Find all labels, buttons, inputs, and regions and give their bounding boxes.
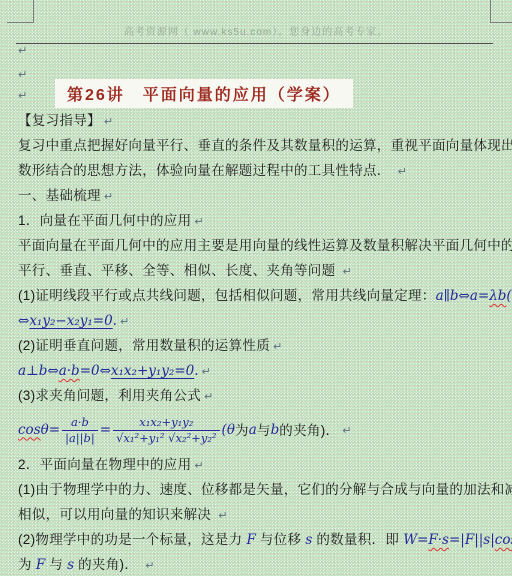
text-segment: (1)由于物理学中的力、速度、位移都是矢量，它们的分解与合成与向量的加法和减法 xyxy=(18,482,512,497)
pilcrow-mark: ↵ xyxy=(273,340,283,353)
review-guide-heading: 【复习指导】↵ xyxy=(18,108,498,133)
text-segment: 数形结合的思想方法，体验向量在解题过程中的工具性特点． xyxy=(18,163,395,178)
text-segment: =|F||s| xyxy=(449,532,495,548)
text-segment: 2．平面向量在物理中的应用 xyxy=(18,457,191,472)
item-2-line2: a⊥b⇔a·b=0⇔x₁x₂+y₁y₂=0.↵ xyxy=(18,358,498,383)
pilcrow-mark: ↵ xyxy=(342,265,352,278)
text-segment: (1)证明线段平行或点共线问题，包括相似问题，常用共线向量定理： xyxy=(18,288,436,303)
pilcrow-mark: ↵ xyxy=(145,559,155,572)
crop-mark-top-right-vertical xyxy=(490,0,491,22)
physics-item-2-line1: (2)物理学中的功是一个标量，这是力 F 与位移 s 的数量积．即 W=F·s=… xyxy=(18,527,498,552)
fraction: x₁x₂+y₁y₂√x₁²+y₁² √x₂²+y₂² xyxy=(113,415,219,446)
fraction: a·b|a||b| xyxy=(62,415,98,446)
text-segment: 与 xyxy=(257,418,271,443)
text-segment: (b≠0) xyxy=(506,288,512,304)
text-segment: 平行、垂直、平移、全等、相似、长度、夹角等问题 xyxy=(18,263,339,278)
text-segment: θ= xyxy=(41,418,60,443)
page-header-text: 高考资源网（ www.ks5u.com）。您身边的高考专家。 xyxy=(0,23,512,38)
section-1-heading: 一、基础梳理↵ xyxy=(18,183,498,208)
pilcrow-mark: ↵ xyxy=(104,190,114,203)
text-segment: a⊥b⇔ xyxy=(18,363,59,379)
text-segment: 的夹角)． xyxy=(279,418,339,443)
fraction-numerator: x₁x₂+y₁y₂ xyxy=(113,415,219,431)
text-segment: 的夹角)． xyxy=(74,557,142,572)
text-segment: x₁x₂+y₁y₂=0 xyxy=(111,363,194,379)
text-segment: 与位移 xyxy=(256,532,306,547)
text-segment: 【复习指导】 xyxy=(18,113,101,128)
item-3-line1: (3)求夹角问题，利用夹角公式↵ xyxy=(18,383,498,408)
topic-1-line2: 平行、垂直、平移、全等、相似、长度、夹角等问题 ↵ xyxy=(18,258,498,283)
pilcrow-mark: ↵ xyxy=(104,115,114,128)
item-3-formula: cos θ=a·b|a||b|=x₁x₂+y₁y₂√x₁²+y₁² √x₂²+y… xyxy=(18,408,498,452)
pilcrow-mark: ↵ xyxy=(194,459,204,472)
text-segment: 的数量积．即 xyxy=(312,532,403,547)
text-segment: W= xyxy=(403,532,428,548)
pilcrow-mark: ↵ xyxy=(218,509,228,522)
text-segment: (θ xyxy=(222,418,235,443)
fraction-numerator: a·b xyxy=(62,415,98,431)
text-segment: x₁y₂−x₂y₁=0 xyxy=(29,313,112,329)
text-segment: a xyxy=(249,418,257,443)
pilcrow-mark: ↵ xyxy=(342,418,352,443)
text-segment: 为 xyxy=(235,418,249,443)
text-segment: λb xyxy=(489,288,506,304)
topic-1-line1: 平面向量在平面几何中的应用主要是用向量的线性运算及数量积解决平面几何中的 xyxy=(18,233,498,258)
header-rule xyxy=(16,43,493,44)
text-segment: (2)物理学中的功是一个标量，这是力 xyxy=(18,532,246,547)
document-page: 高考资源网（ www.ks5u.com）。您身边的高考专家。 ↵↵↵ 第26讲 … xyxy=(0,0,512,576)
pilcrow-mark: ↵ xyxy=(398,165,408,178)
text-segment: 一、基础梳理 xyxy=(18,188,101,203)
review-guide-line2: 数形结合的思想方法，体验向量在解题过程中的工具性特点． ↵ xyxy=(18,158,498,183)
text-segment: a∥b⇔a= xyxy=(436,288,490,304)
item-1-line1: (1)证明线段平行或点共线问题，包括相似问题，常用共线向量定理：a∥b⇔a=λb… xyxy=(18,283,498,308)
text-segment: = xyxy=(100,418,111,443)
text-segment: 相似，可以用向量的知识来解决 xyxy=(18,507,215,522)
text-segment: b xyxy=(271,418,280,443)
text-segment: cos xyxy=(18,418,41,443)
text-segment: . xyxy=(194,363,198,379)
text-segment: F·s xyxy=(428,532,449,548)
item-2-line1: (2)证明垂直问题，常用数量积的运算性质↵ xyxy=(18,333,498,358)
pilcrow-mark: ↵ xyxy=(18,89,27,102)
text-segment: 1．向量在平面几何中的应用 xyxy=(18,213,191,228)
review-guide-line1: 复习中重点把握好向量平行、垂直的条件及其数量积的运算，重视平面向量体现出的 xyxy=(18,133,498,158)
pilcrow-mark: ↵ xyxy=(202,365,212,378)
text-segment: . xyxy=(113,313,117,329)
text-segment: 平面向量在平面几何中的应用主要是用向量的线性运算及数量积解决平面几何中的 xyxy=(18,238,512,253)
text-segment: =0⇔ xyxy=(80,363,111,379)
text-segment: a·b xyxy=(59,363,80,379)
text-segment: cos xyxy=(495,532,512,548)
text-segment: F xyxy=(36,557,45,573)
topic-1-heading: 1．向量在平面几何中的应用↵ xyxy=(18,208,498,233)
pilcrow-mark: ↵ xyxy=(194,215,204,228)
fraction-denominator: √x₁²+y₁² √x₂²+y₂² xyxy=(113,431,219,446)
physics-item-1-line1: (1)由于物理学中的力、速度、位移都是矢量，它们的分解与合成与向量的加法和减法 xyxy=(18,477,498,502)
text-segment: (2)证明垂直问题，常用数量积的运算性质 xyxy=(18,338,270,353)
pilcrow-mark: ↵ xyxy=(18,68,27,81)
topic-2-heading: 2．平面向量在物理中的应用↵ xyxy=(18,452,498,477)
text-segment: ⇔ xyxy=(18,313,29,329)
physics-item-2-line2: 为 F 与 s 的夹角)． ↵ xyxy=(18,552,498,576)
pilcrow-mark: ↵ xyxy=(18,44,27,57)
pilcrow-mark: ↵ xyxy=(120,315,130,328)
fraction-denominator: |a||b| xyxy=(62,431,98,446)
pilcrow-mark: ↵ xyxy=(204,390,214,403)
physics-item-1-line2: 相似，可以用向量的知识来解决 ↵ xyxy=(18,502,498,527)
text-segment: 复习中重点把握好向量平行、垂直的条件及其数量积的运算，重视平面向量体现出的 xyxy=(18,138,512,153)
text-segment: F xyxy=(246,532,255,548)
text-segment: 与 xyxy=(45,557,67,572)
lesson-title: 第26讲 平面向量的应用（学案） xyxy=(55,79,353,108)
text-segment: 为 xyxy=(18,557,36,572)
text-segment: (3)求夹角问题，利用夹角公式 xyxy=(18,388,201,403)
document-body: 【复习指导】↵复习中重点把握好向量平行、垂直的条件及其数量积的运算，重视平面向量… xyxy=(18,108,498,576)
crop-mark-top-left-vertical xyxy=(33,0,34,22)
item-1-line2: ⇔x₁y₂−x₂y₁=0.↵ xyxy=(18,308,498,333)
